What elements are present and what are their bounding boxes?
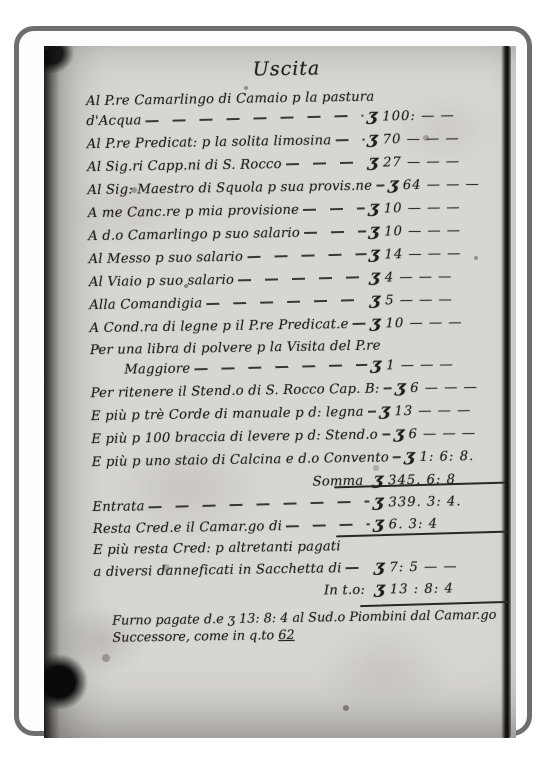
- entry-amount: 4 — — —: [385, 268, 503, 287]
- entry-description: Alla Comandigia: [89, 295, 202, 314]
- dash-leader: [346, 567, 371, 570]
- entry-description: A d.o Camarlingo p suo salario: [88, 225, 300, 245]
- entry-description: E più p trè Corde di manuale p d: legna: [91, 404, 364, 425]
- footer-line2-text: Successore, come in q.to: [112, 628, 278, 646]
- ledger-entry: Maggiore ʒ 1 — — —: [90, 355, 504, 380]
- manuscript-page: Uscita Al P.re Camarlingo di Camaio p la…: [44, 46, 516, 738]
- entry-description: A me Canc.re p mia provisione: [88, 202, 300, 222]
- entry-amount: 100: — —: [382, 107, 500, 126]
- ledger-entry: Al Messo p suo salario ʒ 14 — — —: [88, 244, 502, 269]
- lire-symbol: ʒ: [368, 223, 380, 240]
- into-amount: 13 : 8: 4: [390, 580, 508, 599]
- ledger-entry: d'Acqua ʒ 100: — —: [86, 106, 500, 131]
- entry-amount: 14 — — —: [384, 245, 502, 264]
- dash-leader: [149, 501, 370, 509]
- ledger-entry: A d.o Camarlingo p suo salario ʒ 10 — — …: [88, 221, 502, 246]
- ledger-entry: Al Sig: Maestro di Squola p sua provis.n…: [87, 175, 501, 200]
- lire-symbol: ʒ: [379, 402, 391, 419]
- entry-amount: 27 — — —: [383, 153, 501, 172]
- lire-symbol: ʒ: [369, 268, 381, 285]
- entry-amount: 10 — — —: [384, 222, 502, 241]
- ledger-entry: A Cond.ra di legne p il P.re Predicat.e …: [89, 313, 503, 338]
- dash-leader: [335, 139, 364, 142]
- entrata-amount: 339. 3: 4.: [388, 493, 506, 512]
- dash-leader: [353, 323, 367, 325]
- entry-amount: 13 — — —: [394, 401, 512, 420]
- epiu-text2: a diversi danneficati in Sacchetta di: [93, 560, 341, 581]
- dash-leader: [382, 433, 390, 435]
- resta-row: Resta Cred.e il Camar.go di ʒ 6. 3: 4: [93, 514, 507, 539]
- ledger-totals: Somma ʒ 345. 6: 8 Entrata ʒ 339. 3: 4. R…: [70, 470, 508, 604]
- dash-leader: [286, 161, 365, 165]
- somma-amount: 345. 6: 8: [388, 471, 506, 490]
- ledger-entry: Al Viaio p suo salario ʒ 4 — — —: [89, 267, 503, 292]
- entry-description: Al Viaio p suo salario: [89, 272, 235, 291]
- dash-leader: [303, 207, 365, 211]
- lire-symbol: ʒ: [373, 515, 385, 532]
- dash-leader: [376, 184, 384, 186]
- ledger-entries: Al P.re Camarlingo di Camaio p la pastur…: [64, 87, 506, 472]
- ledger-entry: E più p 100 braccia di levere p d: Stend…: [91, 424, 505, 449]
- lire-symbol: ʒ: [368, 200, 380, 217]
- entry-description: Al Sig: Maestro di Squola p sua provis.n…: [87, 178, 372, 199]
- ledger-content: Uscita Al P.re Camarlingo di Camaio p la…: [63, 55, 508, 648]
- ledger-entry: E più p uno staio di Calcina e d.o Conve…: [92, 447, 506, 472]
- epiu-amount: 7: 5 — —: [389, 558, 507, 577]
- entry-description: A Cond.ra di legne p il P.re Predicat.e: [89, 316, 348, 337]
- into-label: In t.o:: [324, 582, 365, 600]
- lire-symbol: ʒ: [371, 356, 383, 373]
- epiu-row-line1: E più resta Cred: p altretanti pagati: [93, 536, 507, 560]
- entrata-row: Entrata ʒ 339. 3: 4.: [92, 492, 506, 517]
- entry-description: Al Messo p suo salario: [88, 249, 243, 268]
- entry-amount: 6 — — —: [408, 424, 516, 443]
- lire-symbol: ʒ: [369, 246, 381, 263]
- dash-leader: [146, 115, 364, 123]
- entry-description: E più p uno staio di Calcina e d.o Conve…: [92, 449, 389, 471]
- entry-amount: 70 — — —: [383, 130, 501, 149]
- lire-symbol: ʒ: [370, 314, 382, 331]
- lire-symbol: ʒ: [369, 291, 381, 308]
- lire-symbol: ʒ: [374, 558, 386, 575]
- dash-leader: [368, 411, 376, 413]
- lire-symbol: ʒ: [404, 448, 416, 465]
- dash-leader: [393, 456, 401, 458]
- resta-amount: 6. 3: 4: [389, 515, 507, 534]
- entry-description: d'Acqua: [86, 112, 141, 130]
- entry-amount: 10 — — —: [384, 199, 502, 218]
- ledger-entry: Per ritenere il Stend.o di S. Rocco Cap.…: [90, 378, 504, 403]
- entry-description: Al Sig.ri Capp.ni di S. Rocco: [87, 156, 282, 176]
- entry-amount: 10 — — —: [385, 314, 503, 333]
- page-title: Uscita: [73, 55, 499, 84]
- lire-symbol: ʒ: [367, 108, 379, 125]
- lire-symbol: ʒ: [387, 176, 399, 193]
- lire-symbol: ʒ: [394, 379, 406, 396]
- entrata-label: Entrata: [92, 498, 144, 516]
- dash-leader: [194, 364, 367, 371]
- epiu-text1: E più resta Cred: p altretanti pagati: [93, 538, 341, 559]
- lire-symbol: ʒ: [373, 493, 385, 510]
- ledger-entry: Al Sig.ri Capp.ni di S. Rocco ʒ 27 — — —: [87, 152, 501, 177]
- resta-label: Resta Cred.e il Camar.go di: [93, 518, 283, 538]
- lire-symbol: ʒ: [393, 425, 405, 442]
- entry-amount: 6 — — —: [410, 378, 516, 397]
- binding-shadow: [44, 46, 60, 738]
- dash-leader: [304, 230, 366, 234]
- ledger-entry: E più p trè Corde di manuale p d: legna …: [91, 401, 505, 426]
- dash-leader: [286, 523, 370, 527]
- binding-mark-bottom: [44, 654, 88, 710]
- entry-description: Per ritenere il Stend.o di S. Rocco Cap.…: [91, 381, 380, 403]
- lire-symbol: ʒ: [374, 580, 386, 597]
- entry-description: Per una libra di polvere p la Visita del…: [90, 338, 381, 360]
- entry-amount: 5 — — —: [385, 291, 503, 310]
- ledger-entry: Al P.re Predicat: p la solita limosina ʒ…: [87, 129, 501, 154]
- entry-description: Al P.re Predicat: p la solita limosina: [87, 132, 332, 153]
- footer-folio-reference: 62: [278, 628, 295, 643]
- somma-row: Somma ʒ 345. 6: 8: [92, 470, 506, 495]
- entry-description: Al P.re Camarlingo di Camaio p la pastur…: [86, 89, 375, 111]
- entry-amount: 1 — — —: [386, 356, 504, 375]
- entry-amount: 64 — — —: [403, 175, 516, 194]
- epiu-row-line2: a diversi danneficati in Sacchetta di ʒ …: [93, 557, 507, 582]
- lire-symbol: ʒ: [367, 154, 379, 171]
- entry-description: Maggiore: [124, 361, 190, 379]
- dash-leader: [247, 253, 366, 258]
- dash-leader: [206, 299, 366, 305]
- ledger-entry: A me Canc.re p mia provisione ʒ 10 — — —: [88, 198, 502, 223]
- total-row: In t.o: ʒ 13 : 8: 4: [94, 579, 508, 604]
- somma-label: Somma: [312, 473, 363, 491]
- entry-amount: 1: 6: 8.: [419, 447, 516, 466]
- entry-description: E più p 100 braccia di levere p d: Stend…: [91, 427, 378, 448]
- lire-symbol: ʒ: [372, 471, 384, 488]
- ledger-entry: Alla Comandigia ʒ 5 — — —: [89, 290, 503, 315]
- footer-note: Furno pagate d.e ʒ 13: 8: 4 al Sud.o Pio…: [112, 607, 508, 647]
- dash-leader: [238, 276, 366, 281]
- foxing-speckles: [44, 46, 48, 50]
- lire-symbol: ʒ: [367, 131, 379, 148]
- dash-leader: [383, 387, 391, 389]
